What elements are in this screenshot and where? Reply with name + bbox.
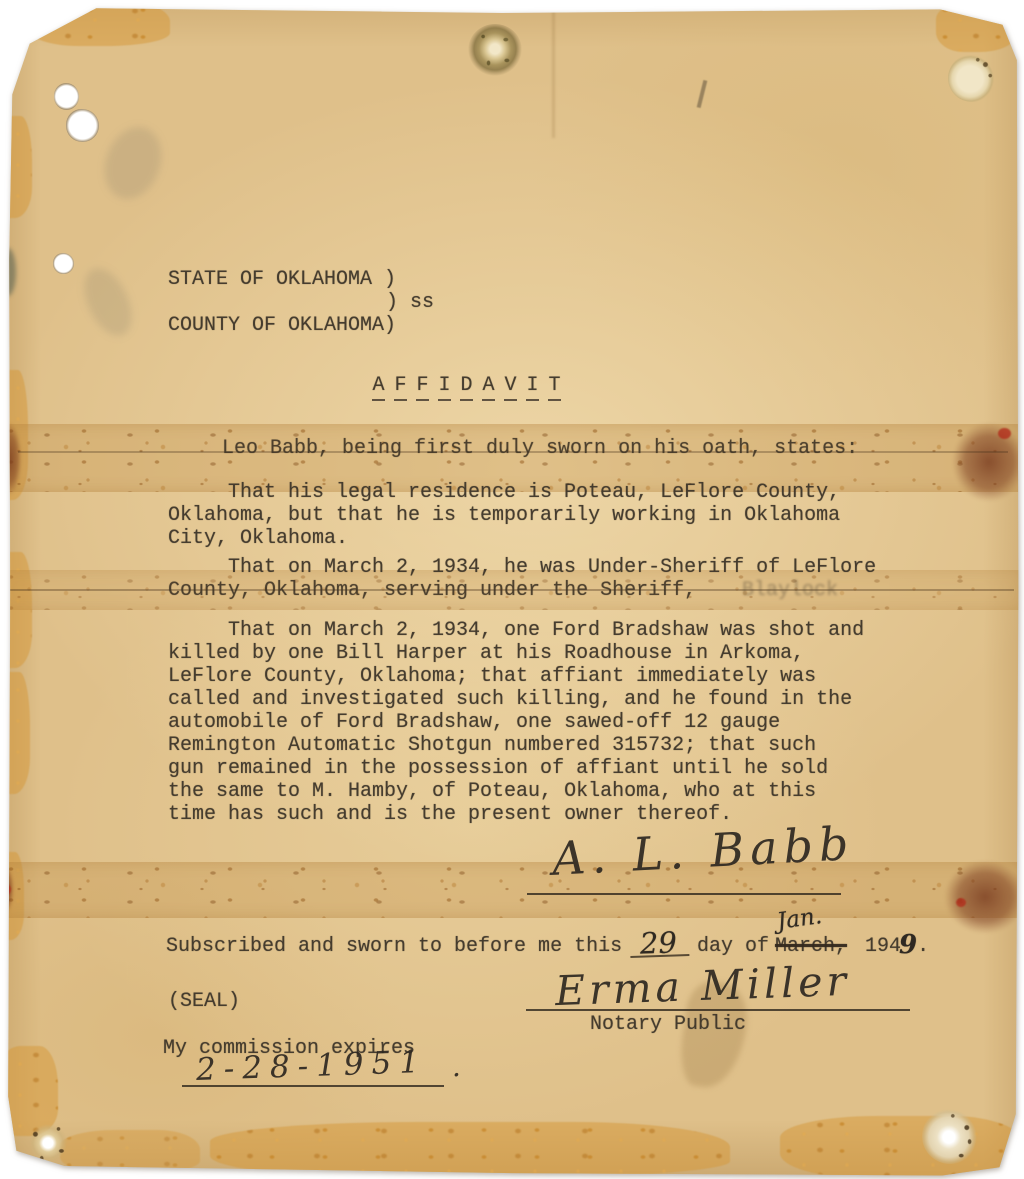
paragraph-shooting-line-7: gun remained in the possession of affian…: [168, 757, 828, 780]
scanned-document-canvas: STATE OF OKLAHOMA ) ) ss COUNTY OF OKLAH…: [0, 0, 1024, 1179]
sworn-statement-line: Leo Babb, being first duly sworn on his …: [222, 437, 858, 460]
tape-stain-top-left: [28, 2, 170, 46]
title-letter: A: [482, 374, 495, 401]
affiant-signature-line: [527, 893, 841, 895]
brass-fastener-top-right: [948, 54, 996, 102]
title-letter: I: [526, 374, 539, 401]
year-typed: 194: [865, 935, 901, 958]
title-letter: F: [416, 374, 429, 401]
red-fleck-lower-right: [956, 898, 966, 907]
paragraph-residence-line-3: City, Oklahoma.: [168, 527, 348, 550]
ink-mark-left-edge: [0, 248, 16, 296]
affidavit-title: AFFIDAVIT: [372, 374, 570, 401]
jurat-period: .: [917, 935, 929, 958]
commission-period: .: [452, 1050, 461, 1083]
header-state-line: STATE OF OKLAHOMA ): [168, 268, 396, 291]
red-fleck-lower-left: [2, 884, 11, 895]
paragraph-residence-line-2: Oklahoma, but that he is temporarily wor…: [168, 504, 840, 527]
paragraph-shooting-line-5: automobile of Ford Bradshaw, one sawed-o…: [168, 711, 780, 734]
brass-fastener-bottom-left: [27, 1121, 69, 1165]
tape-stain-bottom-2: [210, 1122, 730, 1178]
year-digit-handwritten: 9: [899, 930, 917, 960]
jurat-day-of: day of: [697, 935, 769, 958]
paragraph-sheriff-line-2: County, Oklahoma, serving under the Sher…: [168, 579, 696, 602]
paragraph-shooting-line-3: LeFlore County, Oklahoma; that affiant i…: [168, 665, 816, 688]
month-wrap: March,Jan.: [775, 935, 847, 958]
paragraph-shooting-line-1: That on March 2, 1934, one Ford Bradshaw…: [228, 619, 864, 642]
brass-fastener-top-center: [468, 24, 522, 76]
pencil-smudge-left: [75, 261, 142, 343]
commission-date-handwritten: 2-28-1951: [195, 1044, 427, 1088]
day-handwritten: 29: [630, 931, 690, 958]
jurat-prefix: Subscribed and sworn to before me this: [166, 935, 622, 958]
punch-hole-left: [53, 253, 74, 274]
scratch-mark-top: [697, 80, 708, 108]
residue-stain-upper-left: [0, 422, 22, 496]
sheriff-name-obscured: Blaylock: [742, 579, 838, 602]
title-letter: T: [548, 374, 561, 401]
residue-stain-lower-right: [944, 860, 1024, 934]
paragraph-residence-line-1: That his legal residence is Poteau, LeFl…: [228, 481, 840, 504]
residue-stain-upper-right: [952, 422, 1024, 502]
seal-label: (SEAL): [168, 990, 240, 1013]
month-struck: March,: [775, 935, 847, 958]
brass-fastener-bottom-right: [922, 1108, 978, 1164]
tape-stain-bottom-3: [780, 1116, 1024, 1178]
title-letter: V: [504, 374, 517, 401]
title-letter: A: [372, 374, 385, 401]
tape-stain-left-1: [0, 116, 32, 218]
title-letter: F: [394, 374, 407, 401]
tape-stain-top-right: [936, 2, 1014, 52]
tape-stain-left-4: [0, 672, 30, 794]
paragraph-shooting-line-6: Remington Automatic Shotgun numbered 315…: [168, 734, 816, 757]
notary-title: Notary Public: [590, 1013, 746, 1036]
red-fleck-upper: [998, 428, 1011, 439]
notary-signature: Erma Miller: [554, 957, 851, 1015]
affidavit-paper: STATE OF OKLAHOMA ) ) ss COUNTY OF OKLAH…: [0, 0, 1024, 1179]
paragraph-shooting-line-4: called and investigated such killing, an…: [168, 688, 852, 711]
header-county-line: COUNTY OF OKLAHOMA): [168, 314, 396, 337]
title-letter: I: [438, 374, 451, 401]
crease-mark-top: [552, 6, 555, 138]
paragraph-shooting-line-2: killed by one Bill Harper at his Roadhou…: [168, 642, 804, 665]
month-correction-handwritten: Jan.: [776, 905, 824, 934]
jurat-line: Subscribed and sworn to before me this29…: [166, 930, 1006, 958]
paragraph-shooting-line-8: the same to M. Hamby, of Poteau, Oklahom…: [168, 780, 816, 803]
header-ss-line: ) ss: [386, 291, 434, 314]
tape-band-lower: [0, 862, 1024, 918]
punch-hole-top-left-1: [54, 83, 79, 110]
paper-shadow-wrap: STATE OF OKLAHOMA ) ) ss COUNTY OF OKLAH…: [0, 0, 1024, 1179]
paragraph-shooting-line-9: time has such and is the present owner t…: [168, 803, 732, 826]
pencil-smudge-top-left: [95, 119, 171, 207]
tape-stain-bottom-1: [60, 1130, 200, 1174]
paragraph-sheriff-line-1: That on March 2, 1934, he was Under-Sher…: [228, 556, 876, 579]
punch-hole-top-left-2: [66, 109, 99, 142]
title-letter: D: [460, 374, 473, 401]
